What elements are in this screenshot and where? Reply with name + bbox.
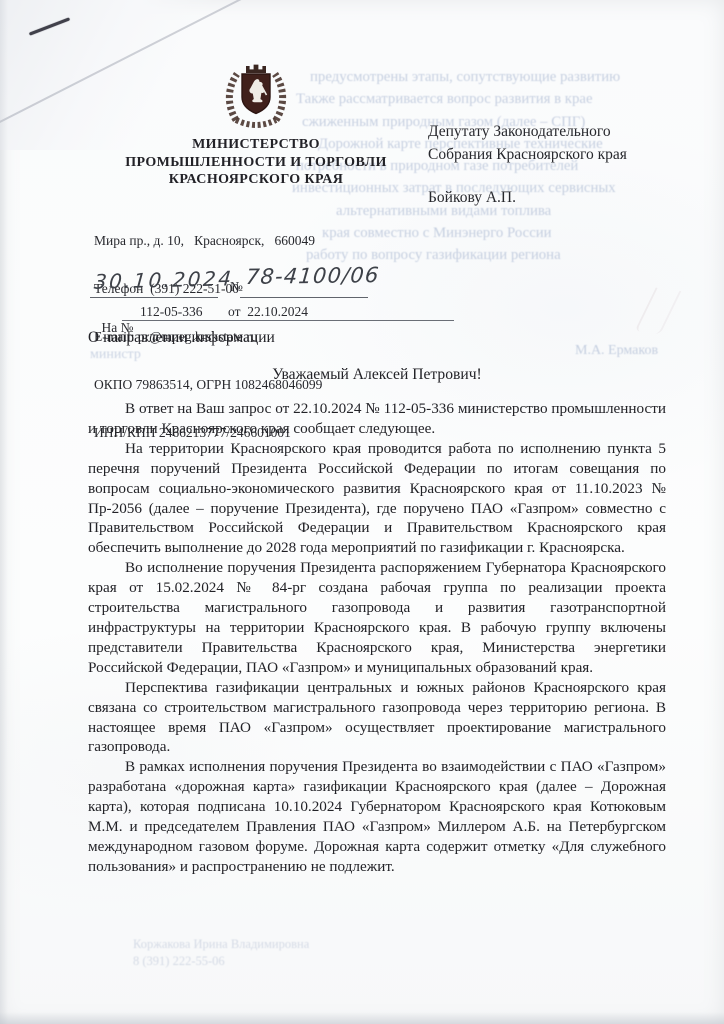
handwritten-date: 30.10.2024 <box>93 266 234 293</box>
bleed-line: Также рассматривается вопрос развития в … <box>296 88 724 110</box>
bleed-line: края совместно с Минэнерго России <box>322 222 724 244</box>
ministry-name-line: ПРОМЫШЛЕННОСТИ И ТОРГОВЛИ <box>70 154 442 172</box>
recipient-line: Собрания Красноярского края <box>428 144 627 167</box>
paper-smudge <box>635 287 682 334</box>
ministry-name: МИНИСТЕРСТВО ПРОМЫШЛЕННОСТИ И ТОРГОВЛИ К… <box>70 136 442 189</box>
bleed-line: предусмотрены этапы, сопутствующие разви… <box>310 66 724 88</box>
ministry-name-line: МИНИСТЕРСТВО <box>70 136 442 154</box>
recipient-name: Бойкову А.П. <box>428 187 627 210</box>
body-paragraph: В ответ на Ваш запрос от 22.10.2024 № 11… <box>88 399 666 439</box>
body-paragraph: Перспектива газификации центральных и юж… <box>88 678 666 758</box>
ministry-name-line: КРАСНОЯРСКОГО КРАЯ <box>70 171 442 189</box>
recipient-block: Депутату Законодательного Собрания Красн… <box>428 121 627 210</box>
krasnoyarsk-coat-of-arms-icon <box>224 62 288 130</box>
address-line: Мира пр., д. 10, Красноярск, 660049 <box>94 233 322 249</box>
executor-phone: 8 (391) 222-55-06 <box>133 953 309 970</box>
number-underline <box>240 297 368 298</box>
reply-date: от 22.10.2024 <box>228 304 308 320</box>
scanned-letter-page: предусмотрены этапы, сопутствующие разви… <box>0 0 724 1024</box>
handwritten-number: 78-4100/06 <box>245 263 381 289</box>
executor-contact-faint: Коржакова Ирина Владимировна 8 (391) 222… <box>133 936 309 970</box>
date-underline <box>90 297 218 298</box>
reply-number: 112-05-336 <box>140 304 203 320</box>
letter-body: В ответ на Ваш запрос от 22.10.2024 № 11… <box>88 399 666 877</box>
scan-edge-left <box>0 0 8 1024</box>
bleed-minister-name: М.А. Ермаков <box>575 343 658 359</box>
body-paragraph: Во исполнение поручения Президента распо… <box>88 558 666 677</box>
subject-line: О направлении информации <box>88 329 275 347</box>
executor-name: Коржакова Ирина Владимировна <box>133 936 309 953</box>
scan-edge-bottom <box>0 1012 724 1024</box>
salutation: Уважаемый Алексей Петрович! <box>88 366 666 384</box>
body-paragraph: На территории Красноярского края проводи… <box>88 439 666 558</box>
body-paragraph: В рамках исполнения поручения Президента… <box>88 757 666 876</box>
reply-underline <box>122 320 454 321</box>
recipient-line: Депутату Законодательного <box>428 121 627 144</box>
number-sign: № <box>230 279 243 295</box>
